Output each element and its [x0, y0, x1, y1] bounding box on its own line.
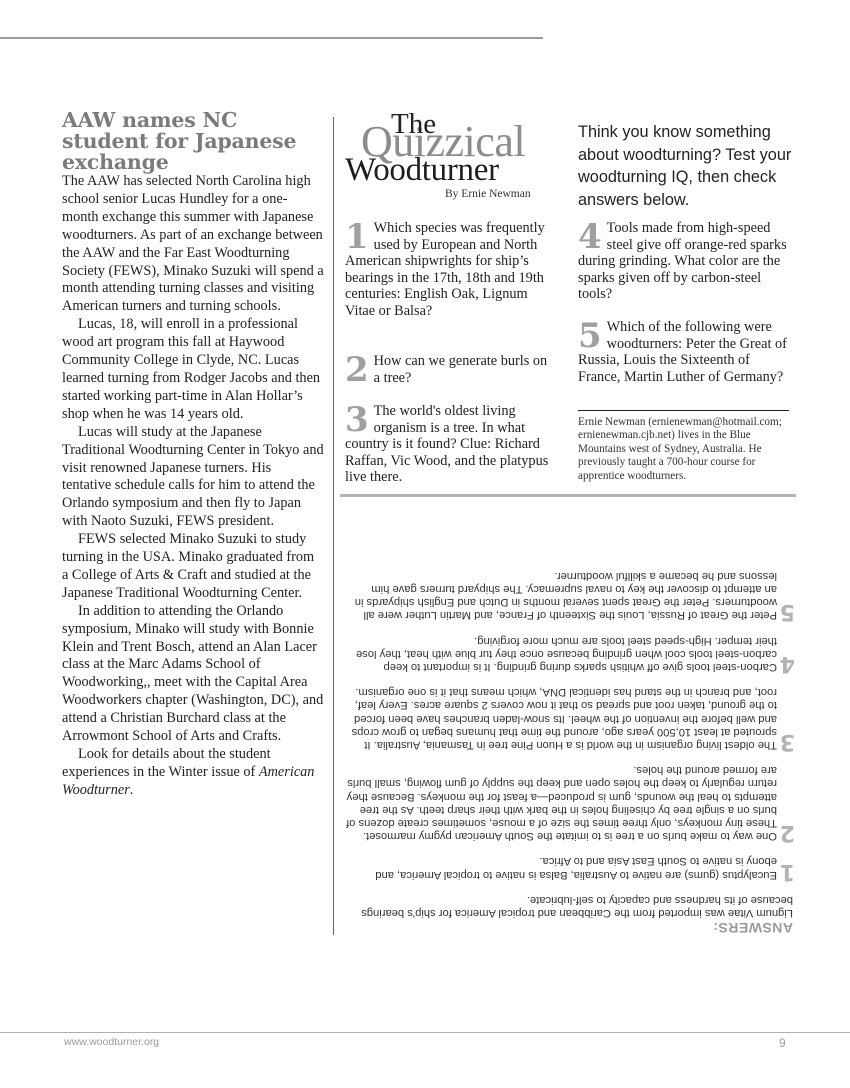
answer-number: 4: [780, 652, 795, 674]
article-paragraph: Lucas, 18, will enroll in a professional…: [62, 316, 324, 423]
page-number: 9: [779, 1036, 786, 1050]
answer-1: 1 Eucalyptus (gums) are native to Austra…: [343, 854, 793, 880]
article-paragraph: FEWS selected Minako Suzuki to study tur…: [62, 531, 324, 603]
answers-upside-down: ANSWERS: Lignum Vitae was imported from …: [343, 506, 793, 936]
answer-number: 3: [780, 730, 795, 752]
answer-number: 1: [780, 860, 795, 882]
byline: By Ernie Newman: [445, 188, 531, 200]
footer-rule: [0, 1032, 850, 1033]
answers-preamble: Lignum Vitae was imported from the Carib…: [343, 893, 793, 919]
title-the: The: [391, 108, 436, 141]
answers-heading: ANSWERS:: [343, 920, 793, 936]
last-paragraph-end: .: [130, 782, 134, 798]
top-rule: [0, 37, 543, 39]
quiz-title-block: Quizzical The Woodturner By Ernie Newman: [343, 108, 568, 203]
answers-separator: [340, 494, 796, 497]
article-paragraph-last: Look for details about the student exper…: [62, 746, 324, 800]
question-number: 2: [345, 355, 369, 385]
answer-2: 2 One way to make burls on a tree is to …: [343, 763, 793, 842]
answer-text: Carbon-steel tools give off whitish spar…: [356, 635, 777, 673]
quiz-question-3: 3 The world's oldest living organism is …: [345, 403, 557, 486]
question-text: Tools made from high-speed steel give of…: [578, 220, 787, 302]
answer-4: 4 Carbon-steel tools give off whitish sp…: [343, 633, 793, 673]
question-number: 5: [578, 321, 602, 351]
answer-text: One way to make burls on a tree is to im…: [346, 764, 777, 842]
bio-rule: [578, 410, 789, 411]
title-woodturner: Woodturner: [345, 152, 499, 189]
question-number: 1: [345, 222, 369, 252]
last-paragraph-text: Look for details about the student exper…: [62, 746, 271, 780]
column-divider: [333, 117, 334, 935]
article-aaw-exchange: AAW names NC student for Japanese exchan…: [62, 110, 324, 800]
quiz-question-5: 5 Which of the following were woodturner…: [578, 319, 793, 385]
answer-number: 5: [780, 600, 795, 622]
question-text: The world's oldest living organism is a …: [345, 403, 548, 485]
question-text: Which of the following were woodturners:…: [578, 319, 787, 385]
quiz-question-4: 4 Tools made from high-speed steel give …: [578, 220, 793, 303]
article-paragraph: The AAW has selected North Carolina high…: [62, 173, 324, 316]
question-text: How can we generate burls on a tree?: [374, 353, 547, 386]
quiz-intro: Think you know something about woodturni…: [578, 121, 798, 211]
question-number: 3: [345, 405, 369, 435]
answer-number: 2: [780, 821, 795, 843]
answer-text: Eucalyptus (gums) are native to Australi…: [375, 855, 777, 880]
author-bio: Ernie Newman (ernienewman@hotmail.com; e…: [578, 416, 793, 483]
answer-text: The oldest living organism in the world …: [352, 686, 777, 751]
article-paragraph: Lucas will study at the Japanese Traditi…: [62, 424, 324, 531]
article-headline: AAW names NC student for Japanese exchan…: [62, 110, 324, 173]
question-number: 4: [578, 222, 602, 252]
question-text: Which species was frequently used by Eur…: [345, 220, 545, 319]
quiz-question-1: 1 Which species was frequently used by E…: [345, 220, 557, 319]
article-paragraph: In addition to attending the Orlando sym…: [62, 603, 324, 746]
footer-url[interactable]: www.woodturner.org: [64, 1036, 159, 1048]
answer-text: Peter the Great of Russia, Louis the Six…: [355, 570, 777, 622]
answer-3: 3 The oldest living organism in the worl…: [343, 685, 793, 751]
answer-5: 5 Peter the Great of Russia, Louis the S…: [343, 569, 793, 622]
quiz-question-2: 2 How can we generate burls on a tree?: [345, 353, 557, 386]
